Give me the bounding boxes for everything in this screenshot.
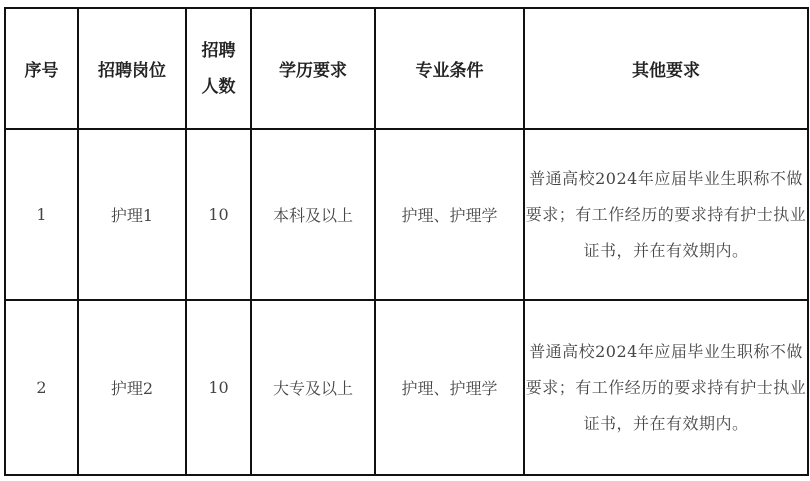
header-row: 序号 招聘岗位 招聘 人数 学历要求 专业条件 其他要求 [5, 8, 808, 129]
cell-index: 2 [5, 300, 78, 475]
header-count: 招聘 人数 [186, 8, 251, 129]
header-index: 序号 [5, 8, 78, 129]
cell-education: 本科及以上 [251, 129, 375, 300]
header-count-line1: 招聘 [187, 33, 250, 69]
header-count-line2: 人数 [187, 69, 250, 105]
cell-position: 护理2 [78, 300, 186, 475]
cell-other: 普通高校2024年应届毕业生职称不做要求；有工作经历的要求持有护士执业证书，并在… [524, 300, 808, 475]
cell-other: 普通高校2024年应届毕业生职称不做要求；有工作经历的要求持有护士执业证书，并在… [524, 129, 808, 300]
cell-count: 10 [186, 129, 251, 300]
recruitment-table: 序号 招聘岗位 招聘 人数 学历要求 专业条件 其他要求 1 护理1 10 本科… [4, 7, 809, 476]
cell-major: 护理、护理学 [375, 300, 524, 475]
cell-education: 大专及以上 [251, 300, 375, 475]
cell-major: 护理、护理学 [375, 129, 524, 300]
table-row: 1 护理1 10 本科及以上 护理、护理学 普通高校2024年应届毕业生职称不做… [5, 129, 808, 300]
cell-position: 护理1 [78, 129, 186, 300]
header-position: 招聘岗位 [78, 8, 186, 129]
cell-count: 10 [186, 300, 251, 475]
header-other: 其他要求 [524, 8, 808, 129]
header-major: 专业条件 [375, 8, 524, 129]
header-education: 学历要求 [251, 8, 375, 129]
cell-index: 1 [5, 129, 78, 300]
table-row: 2 护理2 10 大专及以上 护理、护理学 普通高校2024年应届毕业生职称不做… [5, 300, 808, 475]
